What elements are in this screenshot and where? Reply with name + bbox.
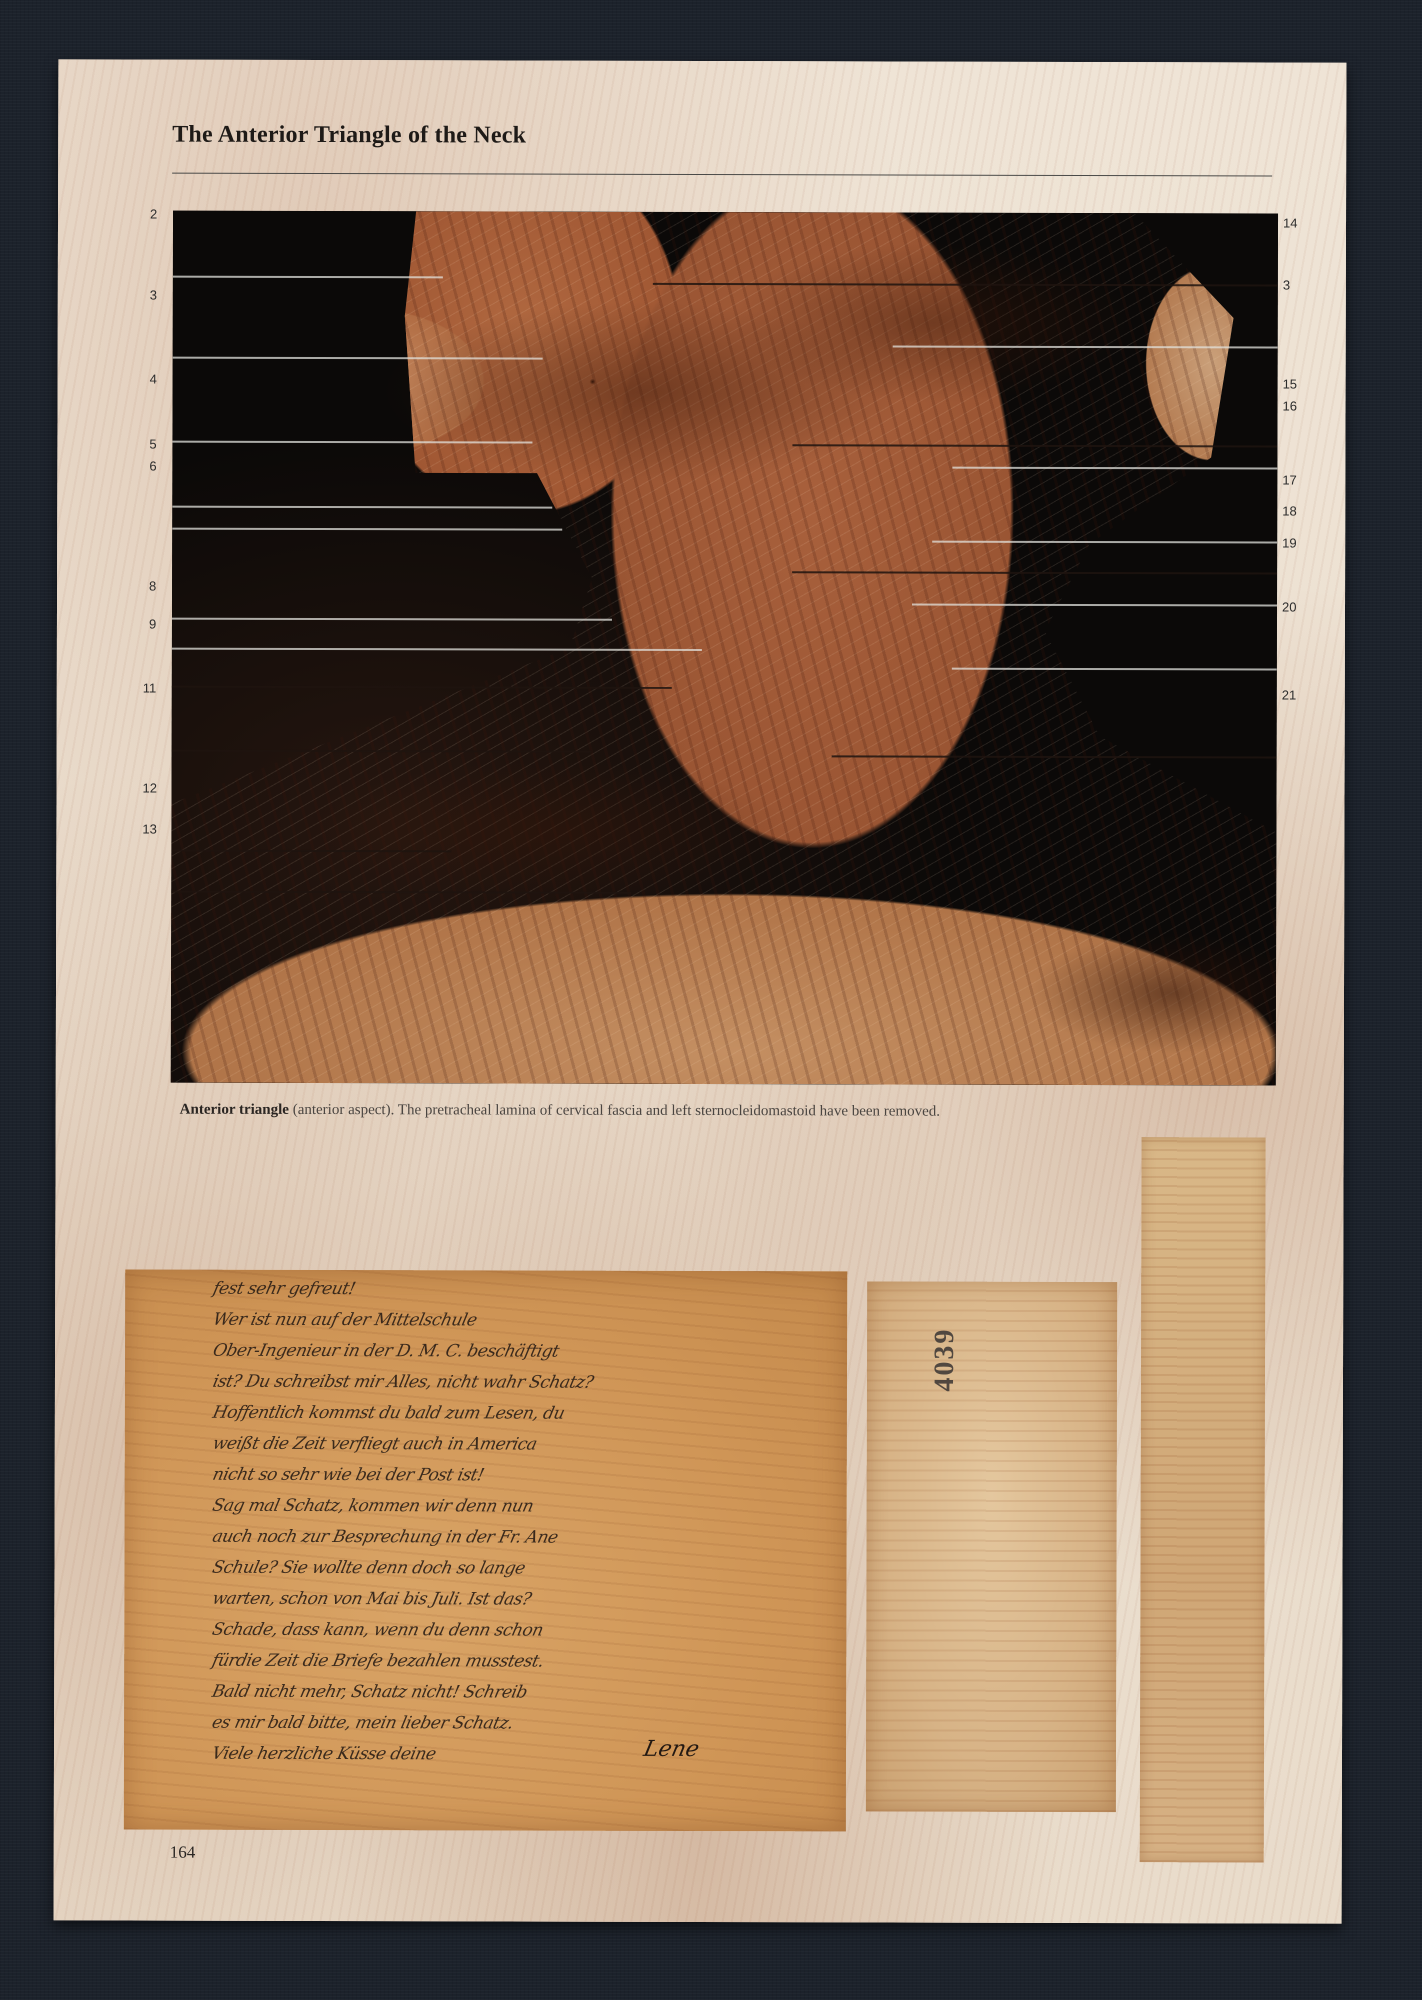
figure-label-right: 20 xyxy=(1282,600,1297,615)
figure-label-right: 19 xyxy=(1282,536,1297,551)
letter-line: Viele herzliche Küsse deine xyxy=(209,1739,850,1772)
handwritten-letter: fest sehr gefreut! Wer ist nun auf der M… xyxy=(124,1269,847,1831)
figure-label-right: 18 xyxy=(1282,504,1297,519)
figure-label-left: 13 xyxy=(142,822,157,837)
figure-label-left: 9 xyxy=(149,617,156,632)
figure-label-left: 11 xyxy=(143,681,157,696)
letter-signature: Lene xyxy=(641,1737,701,1762)
page-title: The Anterior Triangle of the Neck xyxy=(172,122,526,150)
figure-label-right: 14 xyxy=(1283,216,1298,231)
figure-label-right: 17 xyxy=(1282,473,1297,488)
letter-line: auch noch zur Besprechung in der Fr. Ane xyxy=(209,1522,850,1555)
letter-line: fest sehr gefreut! xyxy=(210,1274,851,1307)
letter-line: Bald nicht mehr, Schatz nicht! Schreib xyxy=(209,1677,850,1710)
figure-label-left: 12 xyxy=(143,781,158,796)
letter-line: nicht so sehr wie bei der Post ist! xyxy=(209,1460,850,1493)
letter-line: Schule? Sie wollte denn doch so lange xyxy=(209,1553,850,1586)
figure-label-left: 6 xyxy=(149,459,156,474)
letter-line: Sag mal Schatz, kommen wir denn nun xyxy=(209,1491,850,1524)
figure-label-left: 8 xyxy=(149,579,156,594)
figure-label-right: 15 xyxy=(1283,377,1298,392)
caption-text: (anterior aspect). The pretracheal lamin… xyxy=(289,1102,940,1120)
figure-label-left: 5 xyxy=(149,437,156,452)
letter-line: fürdie Zeit die Briefe bezahlen musstest… xyxy=(209,1646,850,1679)
letter-line: Hoffentlich kommst du bald zum Lesen, du xyxy=(210,1398,851,1431)
letter-line: weißt die Zeit verfliegt auch in America xyxy=(209,1429,850,1462)
figure-label-right: 21 xyxy=(1282,688,1297,703)
stamp-panel: 4039 xyxy=(866,1281,1117,1812)
letter-line: Ober-Ingenieur in der D. M. C. beschäfti… xyxy=(210,1336,851,1369)
collage-strip-right xyxy=(1140,1137,1266,1862)
page-number: 164 xyxy=(170,1843,196,1863)
figure-caption: Anterior triangle (anterior aspect). The… xyxy=(180,1102,940,1121)
title-divider xyxy=(172,173,1272,177)
letter-line: ist? Du schreibst mir Alles, nicht wahr … xyxy=(210,1367,851,1400)
artwork-page: The Anterior Triangle of the Neck 2 3 4 … xyxy=(54,59,1347,1923)
figure-label-left: 2 xyxy=(150,207,157,222)
figure-label-left: 4 xyxy=(150,372,157,387)
figure-label-left: 3 xyxy=(150,288,157,303)
caption-bold: Anterior triangle xyxy=(180,1102,289,1118)
letter-line: warten, schon von Mai bis Juli. Ist das? xyxy=(209,1584,850,1617)
anatomy-figure xyxy=(171,211,1278,1086)
letter-line: Schade, dass kann, wenn du denn schon xyxy=(209,1615,850,1648)
figure-label-right: 16 xyxy=(1283,399,1298,414)
letter-line: es mir bald bitte, mein lieber Schatz. xyxy=(209,1708,850,1741)
stamp-number: 4039 xyxy=(929,1328,961,1392)
letter-line: Wer ist nun auf der Mittelschule xyxy=(210,1305,851,1338)
figure-label-right: 3 xyxy=(1283,278,1290,293)
